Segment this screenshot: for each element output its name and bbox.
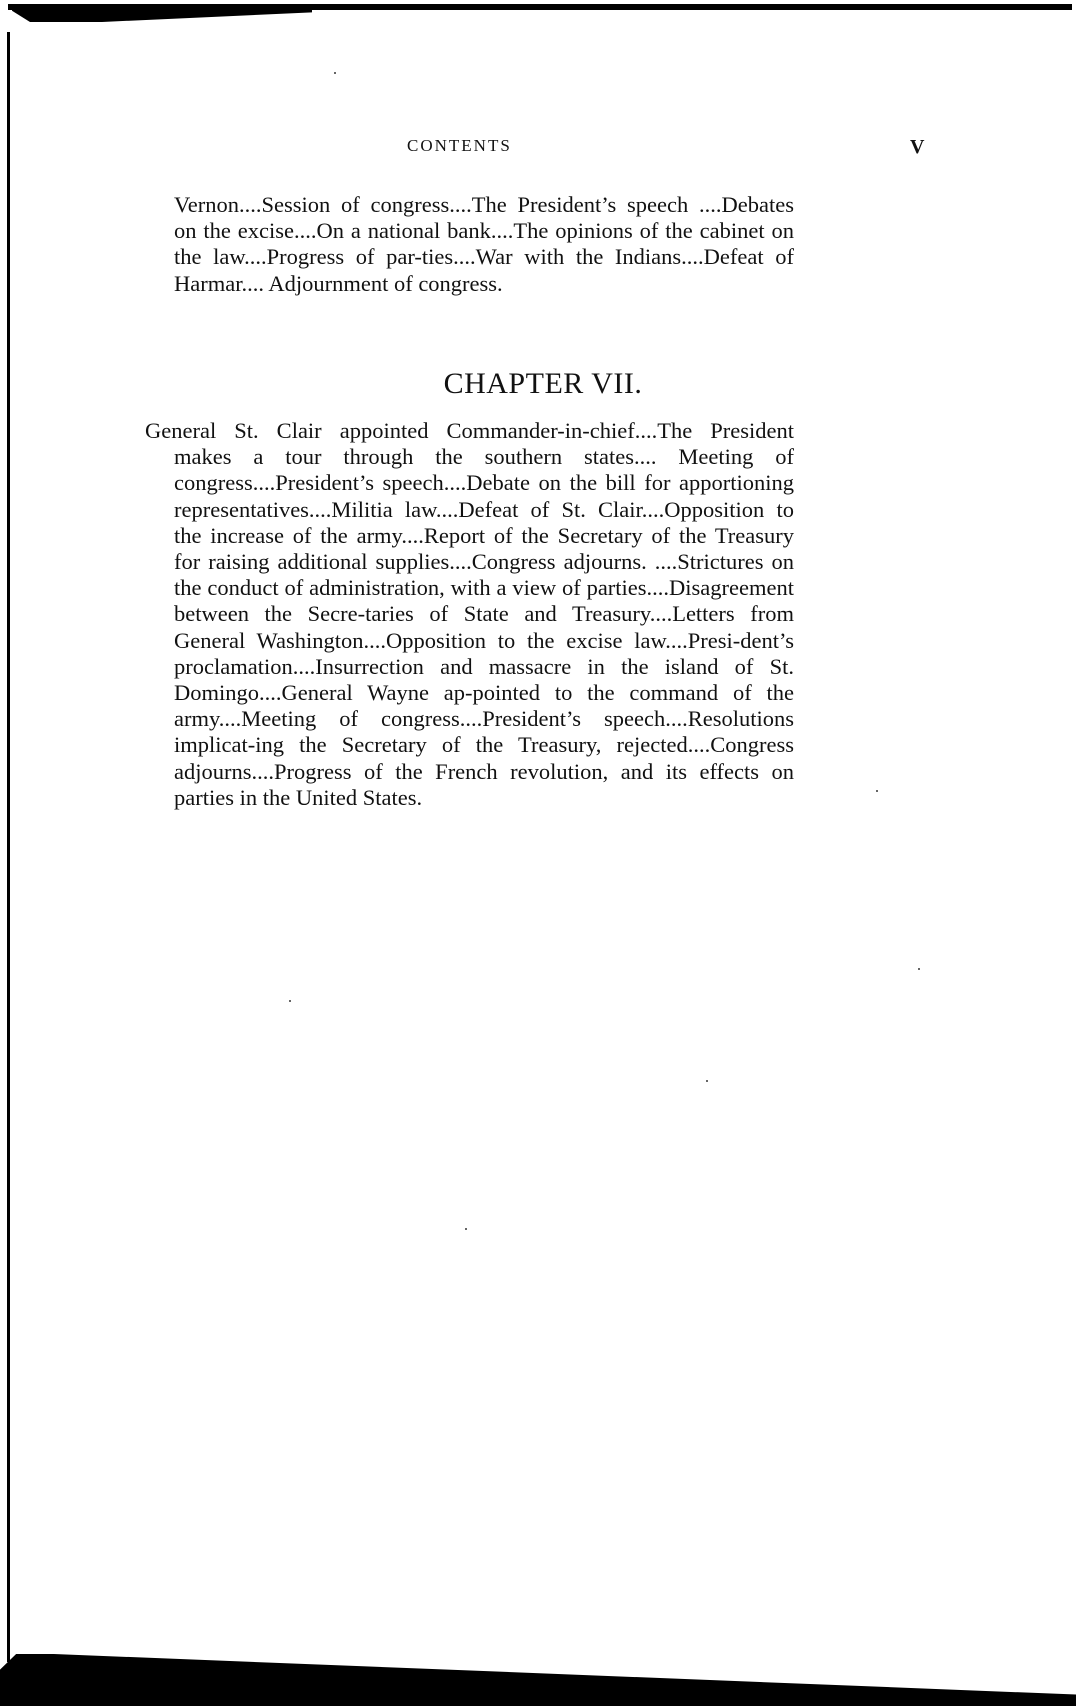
running-head: CONTENTS V — [0, 136, 1076, 160]
scan-speck — [465, 1228, 467, 1230]
scan-border-top-shadow — [12, 6, 312, 22]
chapter-heading: CHAPTER VII. — [0, 367, 1076, 401]
scan-speck — [876, 790, 878, 792]
scan-speck — [918, 968, 920, 970]
running-title: CONTENTS — [407, 136, 512, 156]
contents-entry-continued: Vernon....Session of congress....The Pre… — [174, 192, 794, 297]
contents-entry-chapter-vii: General St. Clair appointed Commander-in… — [174, 418, 794, 811]
scan-border-left — [7, 32, 10, 1662]
scan-speck — [706, 1080, 708, 1082]
scan-border-bottom — [0, 1654, 1076, 1706]
page-number: V — [910, 136, 924, 159]
scan-speck — [289, 1000, 291, 1002]
scan-speck — [334, 72, 336, 74]
